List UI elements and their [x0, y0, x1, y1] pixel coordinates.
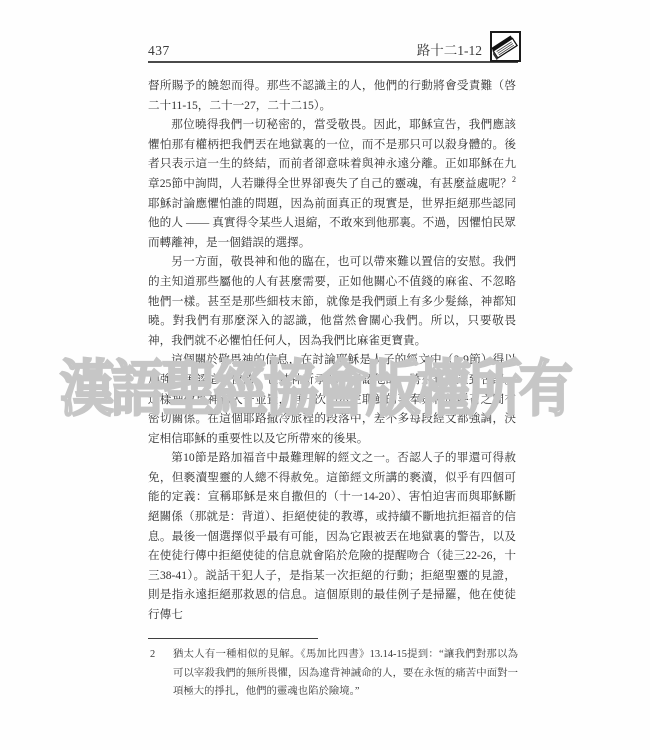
body-text: 督所賜予的饒恕而得。那些不認識主的人，他們的行動將會受責難（啓二十11-15，二… [148, 76, 516, 625]
footnote-number: 2 [150, 646, 155, 665]
section-reference: 路十二1-12 [417, 39, 482, 59]
paragraph-2-text-b: 耶穌討論應懼怕誰的問題，因為前面真正的現實是，世界拒絕那些認同他的人 —— 真實… [148, 197, 516, 249]
paragraph-2: 那位曉得我們一切秘密的，當受敬畏。因此，耶穌宣告，我們應該懼怕那有權柄把我們丟在… [148, 115, 516, 252]
paragraph-3: 另一方面，敬畏神和他的臨在，也可以帶來難以置信的安慰。我們的主知道那些屬他的人有… [148, 252, 516, 350]
open-book-icon [490, 31, 521, 62]
footnote: 2 猶太人有一種相似的見解。《馬加比四書》13.14-15提到：“讓我們對那以為… [148, 646, 518, 702]
footnote-reference-2: 2 [512, 175, 516, 184]
header-rule [148, 61, 518, 63]
page-header: 437 路十二1-12 [148, 40, 520, 62]
page-number: 437 [148, 43, 170, 59]
paragraph-1: 督所賜予的饒恕而得。那些不認識主的人，他們的行動將會受責難（啓二十11-15，二… [148, 76, 516, 115]
paragraph-5: 第10節是路加福音中最難理解的經文之一。否認人子的罪還可得赦免，但褻瀆聖靈的人總… [148, 448, 516, 624]
footnote-separator [148, 638, 318, 639]
paragraph-2-text-a: 那位曉得我們一切秘密的，當受敬畏。因此，耶穌宣告，我們應該懼怕那有權柄把我們丟在… [148, 118, 516, 190]
book-page: 437 路十二1-12 督所賜予的饒恕而得。那些不認識主的人，他們的行動將會受責… [0, 0, 650, 750]
footnote-text: 猶太人有一種相似的見解。《馬加比四書》13.14-15提到：“讓我們對那以為可以… [173, 646, 518, 702]
paragraph-4: 這個關於敬畏神的信息，在討論耶穌是人子的經文中（8-9節）得以加強。承認這一位的… [148, 350, 516, 448]
